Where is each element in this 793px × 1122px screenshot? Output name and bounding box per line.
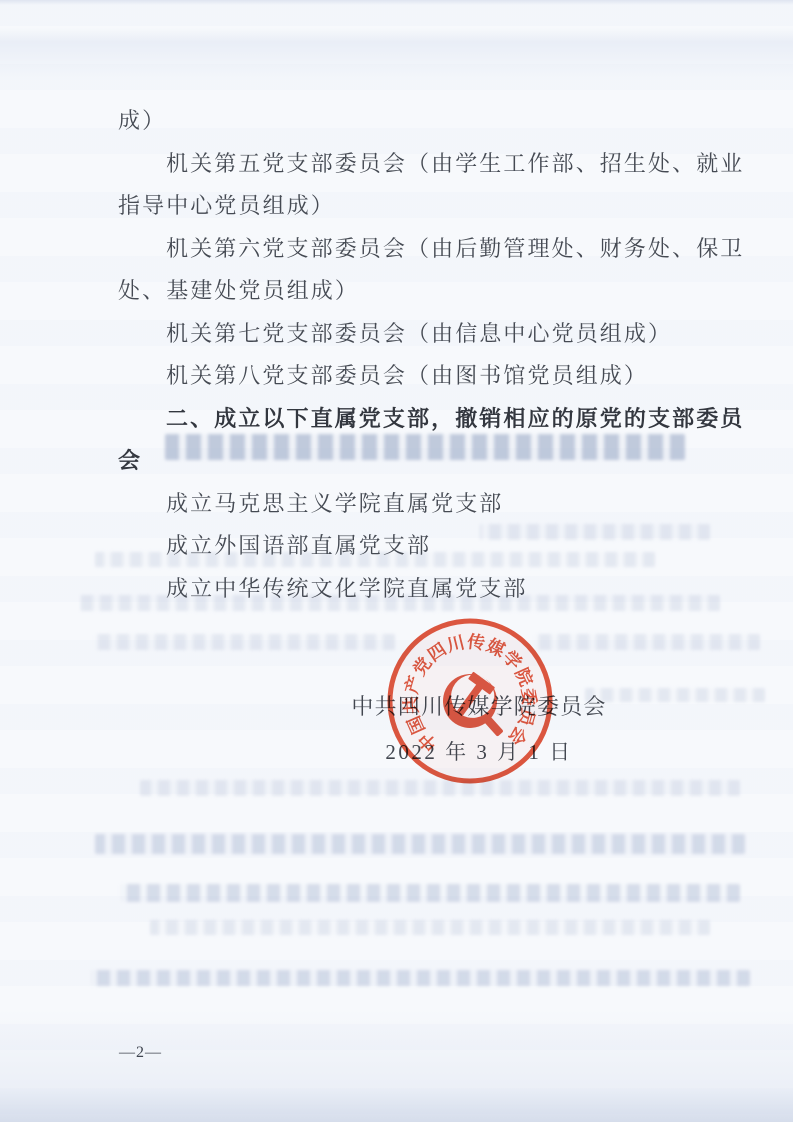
- body-line: 处、基建处党员组成）: [118, 270, 704, 313]
- page-number: —2—: [119, 1044, 162, 1062]
- body-text: 成） 机关第五党支部委员会（由学生工作部、招生处、就业 指导中心党员组成） 机关…: [118, 100, 704, 610]
- body-line: 成立马克思主义学院直属党支部: [118, 483, 704, 526]
- bleed-through-line: [90, 970, 750, 986]
- seal-char: 传: [465, 631, 486, 653]
- bleed-through-line: [95, 834, 745, 854]
- body-line: 机关第五党支部委员会（由学生工作部、招生处、就业: [118, 143, 704, 186]
- body-line: 机关第八党支部委员会（由图书馆党员组成）: [118, 355, 704, 398]
- bleed-through-line: [585, 688, 765, 702]
- seal-char: 共: [401, 695, 422, 714]
- bleed-through-line: [535, 634, 760, 650]
- body-line: 机关第七党支部委员会（由信息中心党员组成）: [118, 313, 704, 356]
- body-line: 机关第六党支部委员会（由后勤管理处、财务处、保卫: [118, 228, 704, 271]
- body-line: 成）: [118, 100, 704, 143]
- bleed-through-line: [150, 920, 710, 935]
- section-heading-line: 会: [118, 440, 704, 483]
- body-line: 指导中心党员组成）: [118, 185, 704, 228]
- bleed-through-line: [120, 884, 740, 902]
- seal-char: 委: [518, 687, 539, 706]
- scanned-document-page: 成） 机关第五党支部委员会（由学生工作部、招生处、就业 指导中心党员组成） 机关…: [0, 0, 793, 1122]
- body-line: 成立中华传统文化学院直属党支部: [118, 568, 704, 611]
- section-heading-line: 二、成立以下直属党支部，撤销相应的原党的支部委员: [118, 398, 704, 441]
- body-line: 成立外国语部直属党支部: [118, 525, 704, 568]
- bleed-through-line: [95, 634, 395, 650]
- official-seal: 中 国 共 产 党 四 川 传 媒 学 院 委 员 会: [379, 610, 560, 791]
